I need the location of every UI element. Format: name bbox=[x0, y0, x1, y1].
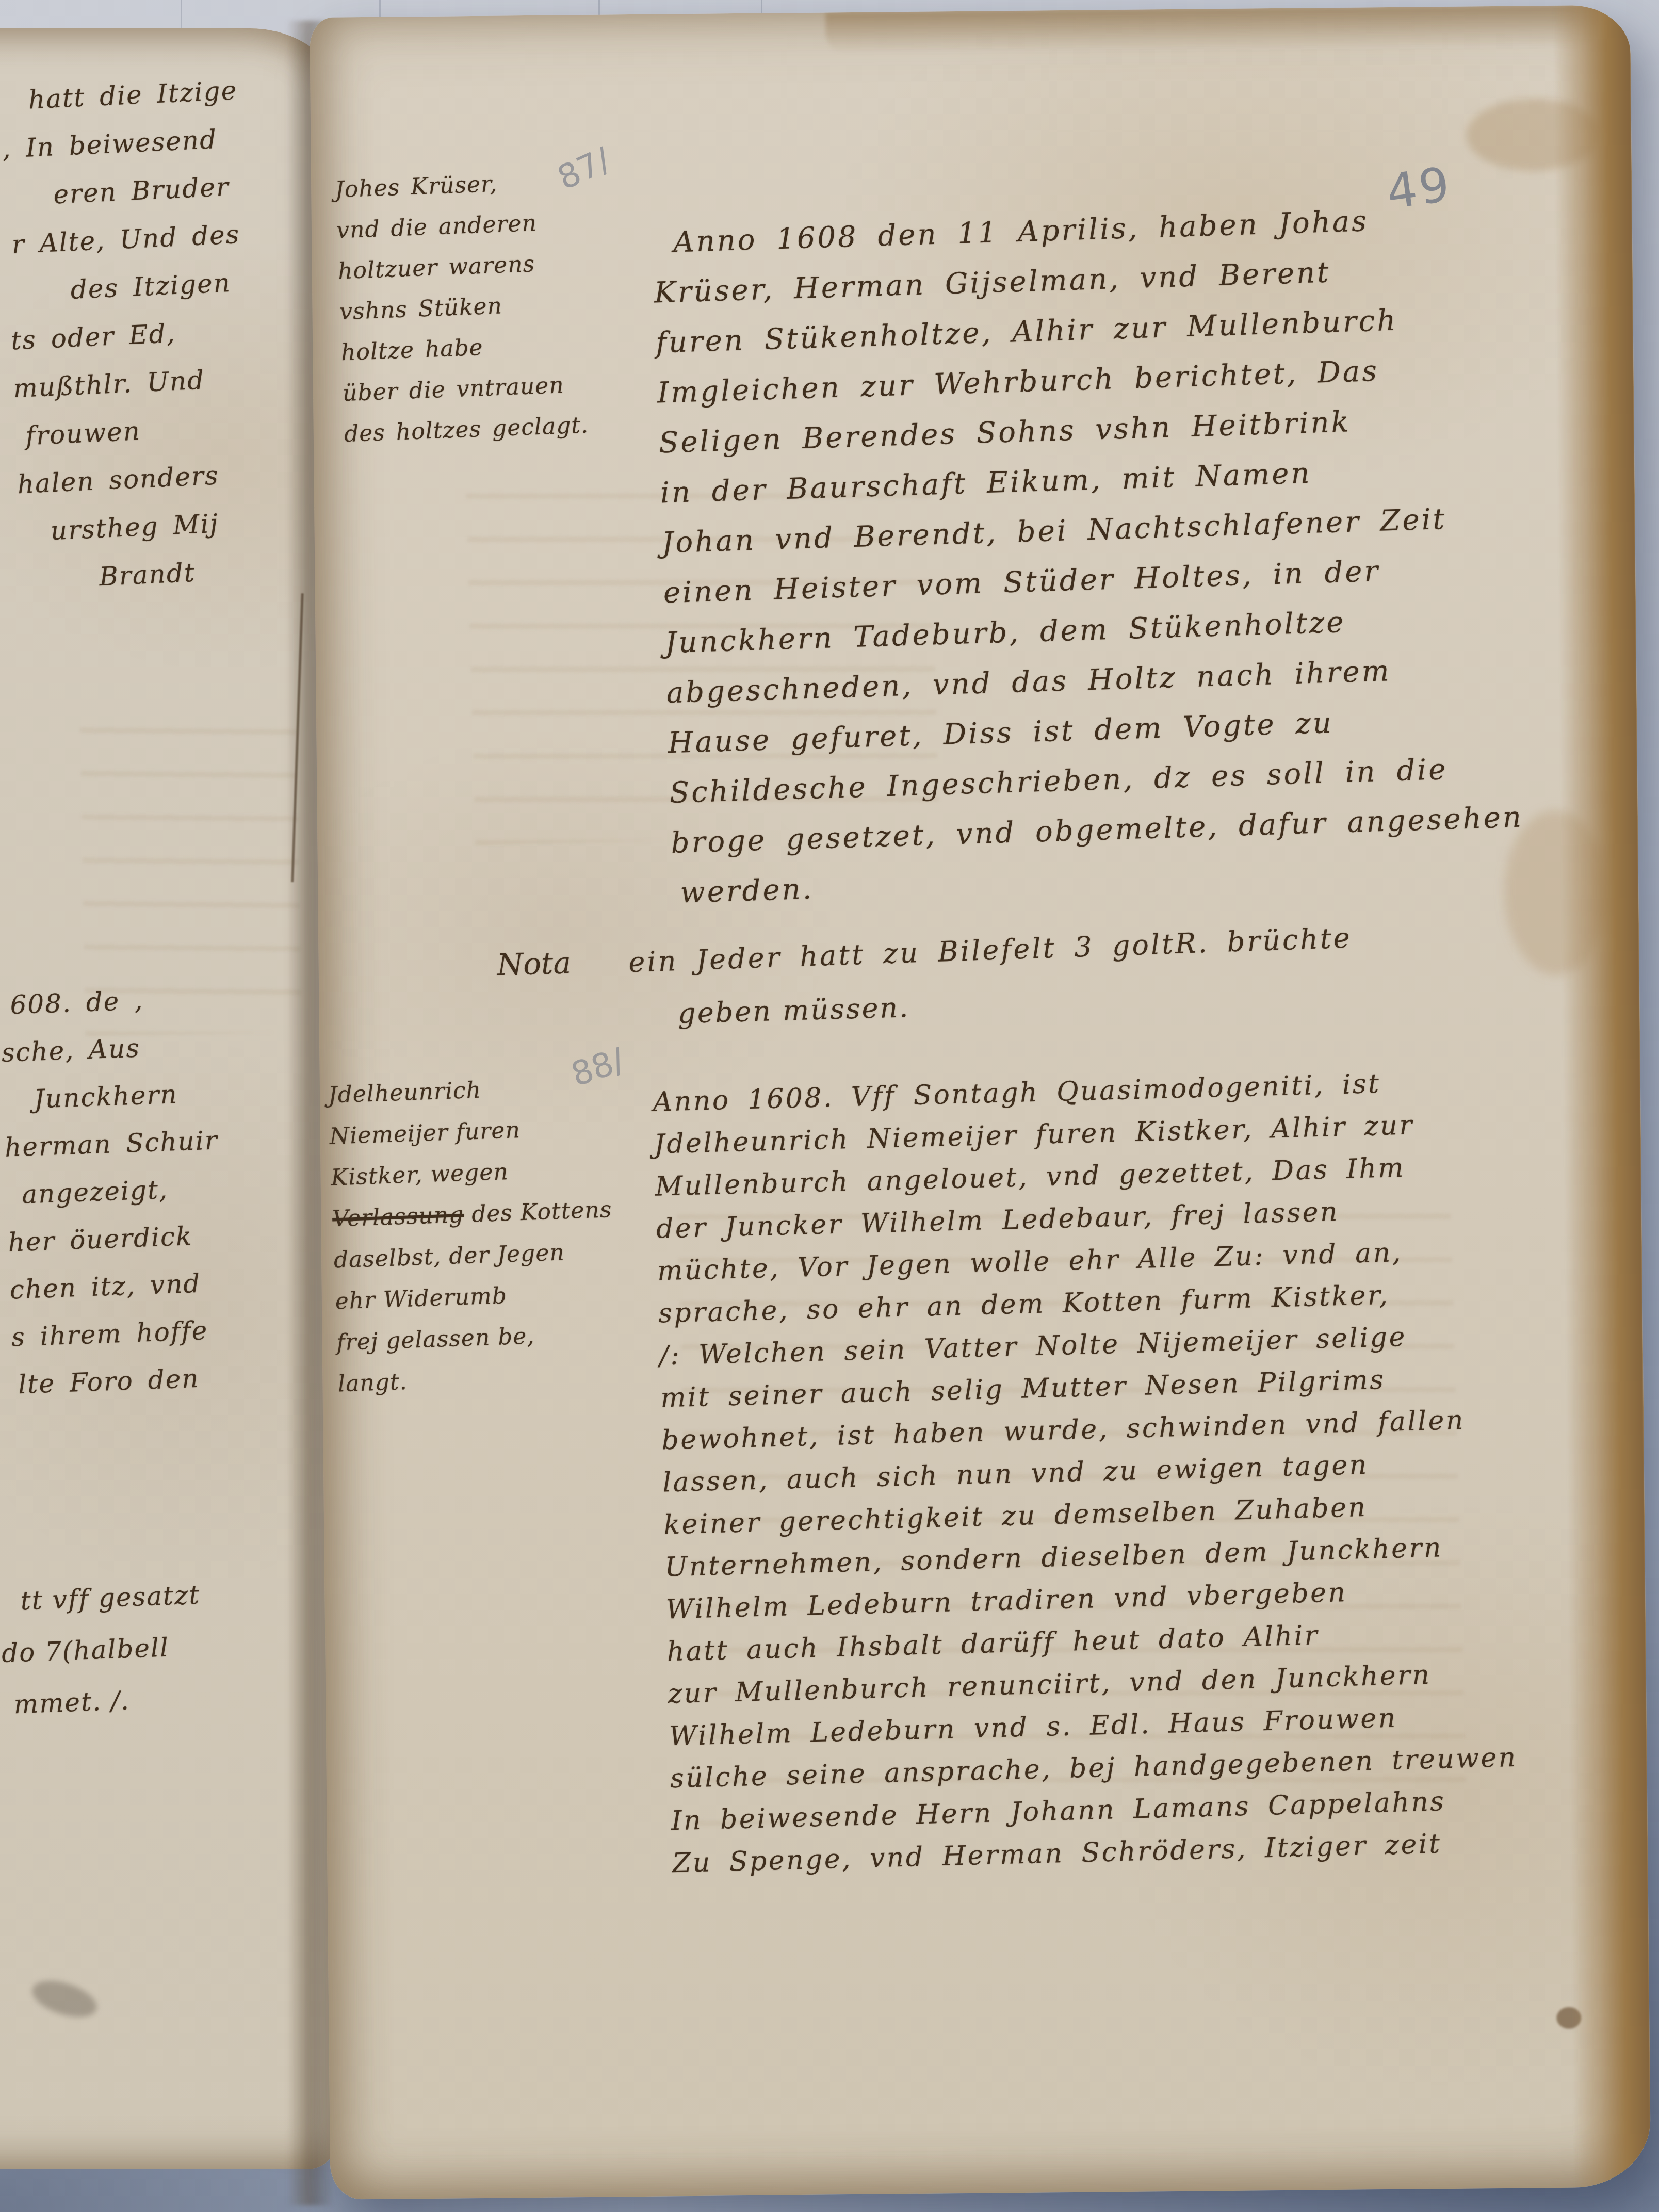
fragment-line: urstheg Mij bbox=[50, 498, 258, 555]
right-page: 49 87/ 88/ Johes Krüser, vnd die anderen… bbox=[310, 5, 1651, 2199]
page-top-edge bbox=[825, 5, 1600, 54]
fragment-line: sche, Aus bbox=[1, 1022, 216, 1077]
left-page-text-fragments-top: hatt die Itzige , In beiwesend eren Brud… bbox=[0, 67, 260, 605]
left-page-text-fragments-bottom: tt vff gesatzt do 7(halbell mmet. /. bbox=[0, 1569, 205, 1730]
margin-note-line: langt. bbox=[337, 1354, 619, 1405]
fragment-line: 608. de , bbox=[9, 974, 214, 1029]
margin-note-line-rest: des Kottens bbox=[463, 1196, 612, 1228]
page-fore-edge bbox=[1553, 5, 1651, 2187]
left-page-text-fragments-middle: 608. de , sche, Aus Junckhern herman Sch… bbox=[0, 974, 227, 1409]
fragment-line: eren Bruder bbox=[52, 162, 242, 219]
margin-note-line: des holtzes geclagt. bbox=[344, 404, 590, 454]
entry-1608-quasimodogeniti: Anno 1608. Vff Sontagh Quasimodogeniti, … bbox=[653, 1060, 1520, 1884]
fragment-line: s ihrem hoffe bbox=[10, 1306, 225, 1361]
fragment-line: Junckhern bbox=[33, 1069, 217, 1123]
margin-note-2: Jdelheunrich Niemeijer furen Kistker, we… bbox=[328, 1065, 619, 1405]
nota-label: Nota bbox=[496, 945, 572, 982]
margin-note-1: Johes Krüser, vnd die anderen holtzuer w… bbox=[334, 160, 590, 454]
fragment-line: tt vff gesatzt bbox=[20, 1569, 201, 1627]
fragment-line: do 7(halbell bbox=[1, 1620, 203, 1679]
fragment-line: des Itzigen bbox=[70, 258, 247, 314]
fragment-line: lte Foro den bbox=[18, 1354, 227, 1408]
folio-number-pencil: 49 bbox=[1384, 157, 1455, 220]
fragment-line: chen itz, vnd bbox=[9, 1259, 224, 1313]
nota-line: ein Jeder hatt zu Bilefelt 3 goltR. brüc… bbox=[628, 921, 1352, 979]
struck-word: Verlassung bbox=[332, 1201, 464, 1232]
fragment-line: hatt die Itzige bbox=[27, 67, 238, 124]
ink-smudge bbox=[28, 1974, 101, 2024]
fragment-line: her öuerdick bbox=[7, 1211, 222, 1266]
fragment-line: Brandt bbox=[98, 546, 260, 601]
manuscript-photo: hatt die Itzige , In beiwesend eren Brud… bbox=[0, 0, 1659, 2212]
entry-1608-april-11: Anno 1608 den 11 Aprilis, haben Johas Kr… bbox=[652, 192, 1525, 918]
fragment-line: herman Schuir bbox=[4, 1116, 219, 1171]
nota-line: geben müssen. bbox=[677, 991, 910, 1030]
archival-pencil-mark: 88/ bbox=[566, 1041, 629, 1094]
fragment-line: mmet. /. bbox=[13, 1672, 205, 1730]
fragment-line: angezeigt, bbox=[21, 1164, 221, 1218]
